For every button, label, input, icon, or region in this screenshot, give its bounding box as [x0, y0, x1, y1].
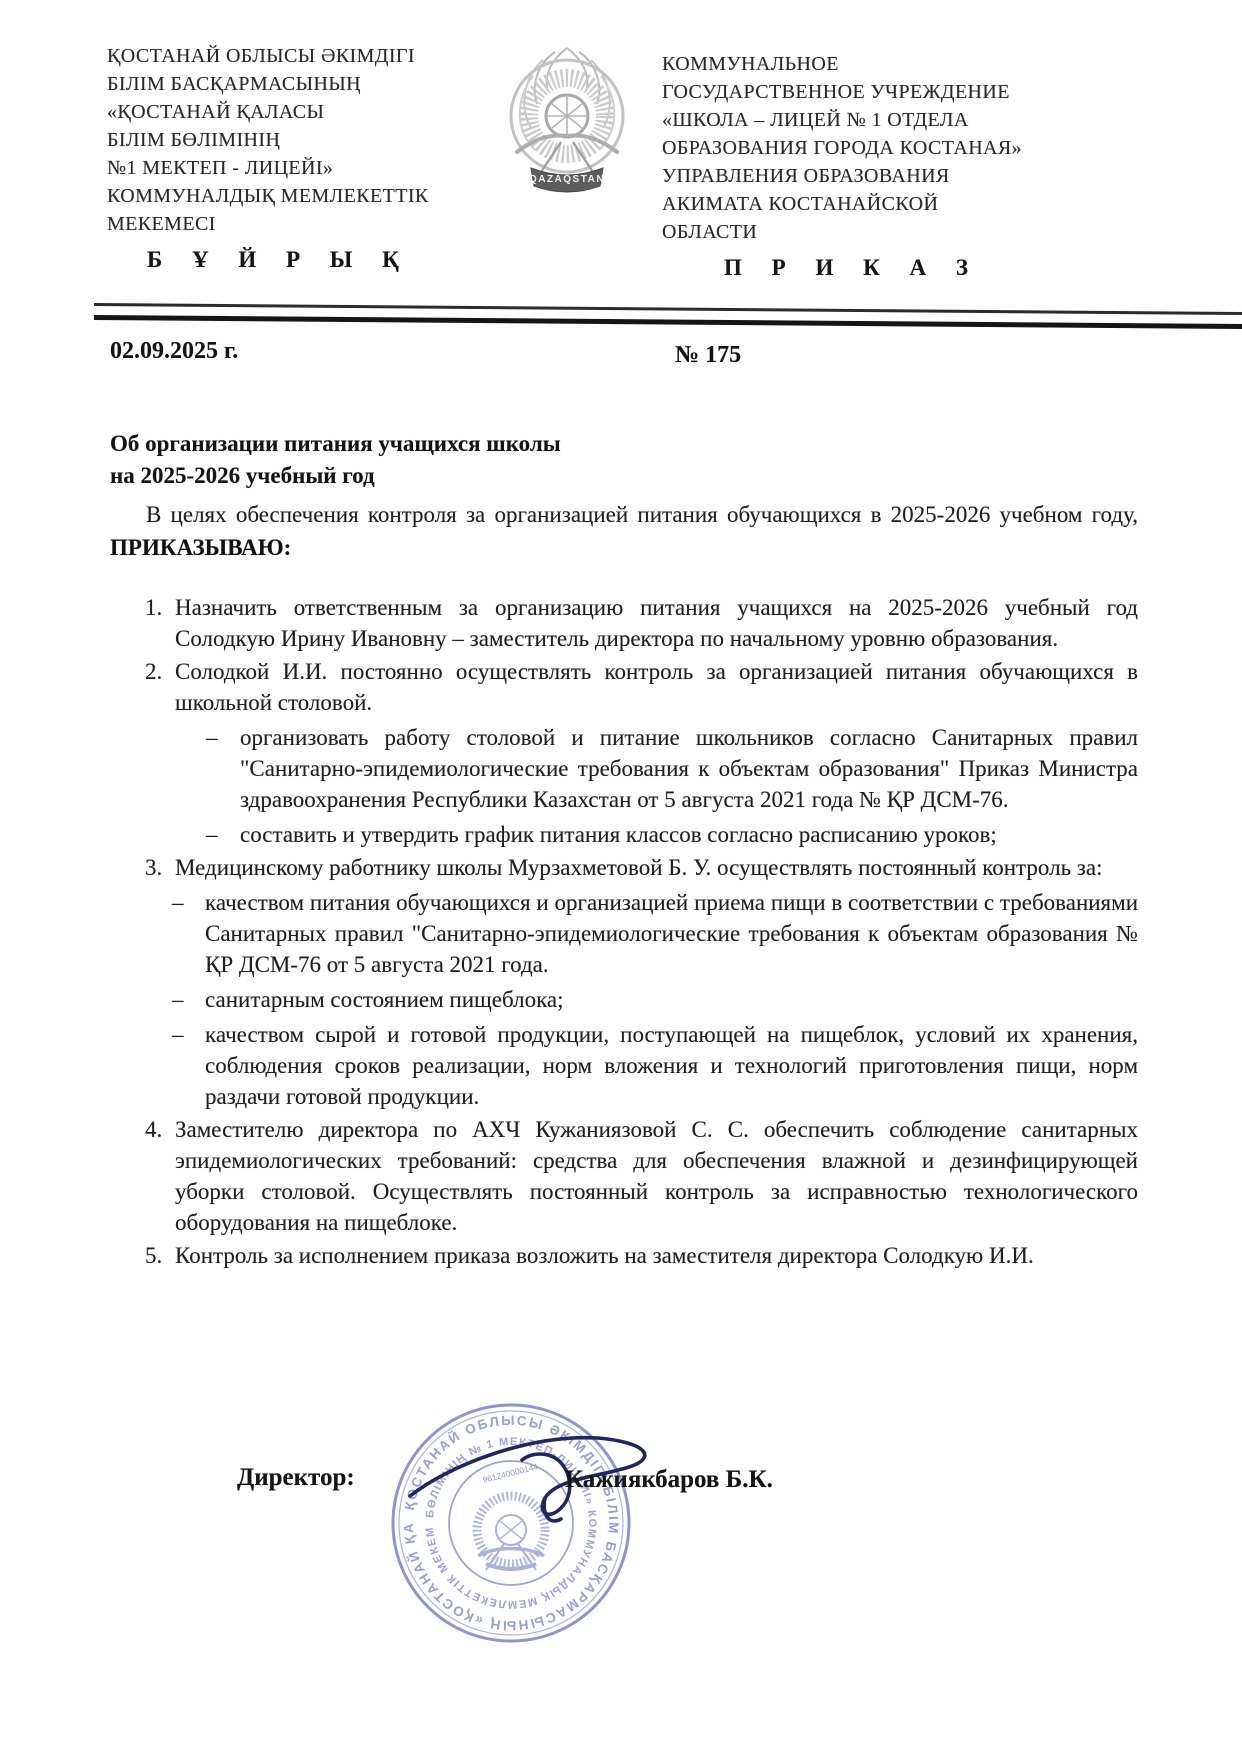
- item-text: Контроль за исполнением приказа возложит…: [175, 1243, 1034, 1268]
- list-item-2-sub-1: – организовать работу столовой и питание…: [110, 722, 1138, 815]
- list-item-1: 1. Назначить ответственным за организаци…: [110, 592, 1138, 654]
- order-date: 02.09.2025 г.: [110, 338, 238, 365]
- list-item-3-sub-3: – качеством сырой и готовой продукции, п…: [110, 1019, 1138, 1112]
- emblem-banner-text: QAZAQSTAN: [529, 174, 605, 185]
- list-item-2: 2. Солодкой И.И. постоянно осуществлять …: [110, 656, 1138, 718]
- intro-text: В целях обеспечения контроля за организа…: [146, 502, 1138, 527]
- list-item-3-sub-1: – качеством питания обучающихся и органи…: [110, 887, 1138, 980]
- scanned-order-document: ҚОСТАНАЙ ОБЛЫСЫ ӘКІМДІГІ БІЛІМ БАСҚАРМАС…: [0, 0, 1242, 1755]
- list-item-2-sub-2: – составить и утвердить график питания к…: [110, 819, 1138, 850]
- org-line: ОБЛАСТИ: [662, 218, 1102, 246]
- org-line: «ШКОЛА – ЛИЦЕЙ № 1 ОТДЕЛА: [662, 106, 1102, 134]
- org-line: №1 МЕКТЕП - ЛИЦЕЙІ»: [107, 154, 507, 182]
- doc-type-kazakh: Б Ұ Й Р Ы Қ: [107, 246, 507, 274]
- sub-item-text: качеством сырой и готовой продукции, пос…: [205, 1022, 1138, 1109]
- list-item-5: 5. Контроль за исполнением приказа возло…: [110, 1240, 1138, 1271]
- item-text: Солодкой И.И. постоянно осуществлять кон…: [175, 659, 1138, 715]
- item-number: 4.: [145, 1114, 162, 1145]
- sub-item-text: составить и утвердить график питания кла…: [240, 822, 997, 847]
- kazakhstan-emblem-icon: QAZAQSTAN: [487, 34, 647, 200]
- signature-label: Директор:: [237, 1464, 355, 1492]
- doc-type-russian: П Р И К А З: [662, 254, 1102, 282]
- signature-row: Директор: Кажиякбаров Б.К.: [110, 1464, 1138, 1504]
- order-title-line-2: на 2025-2026 учебный год: [110, 460, 1138, 492]
- intro-keyword: ПРИКАЗЫВАЮ:: [110, 535, 291, 560]
- org-line: УПРАВЛЕНИЯ ОБРАЗОВАНИЯ: [662, 162, 1102, 190]
- order-list: 1. Назначить ответственным за организаци…: [110, 592, 1138, 1271]
- signature-name: Кажиякбаров Б.К.: [565, 1466, 773, 1494]
- list-item-3-sub-2: – санитарным состоянием пищеблока;: [110, 984, 1138, 1015]
- order-intro: В целях обеспечения контроля за организа…: [110, 498, 1138, 564]
- dash-marker: –: [206, 722, 218, 753]
- order-title-line-1: Об организации питания учащихся школы: [110, 428, 1138, 460]
- item-number: 5.: [145, 1240, 162, 1271]
- org-line: АКИМАТА КОСТАНАЙСКОЙ: [662, 190, 1102, 218]
- org-line: БІЛІМ БАСҚАРМАСЫНЫҢ: [107, 70, 507, 98]
- order-body: Об организации питания учащихся школы на…: [110, 428, 1138, 1271]
- dash-marker: –: [206, 819, 218, 850]
- item-text: Медицинскому работнику школы Мурзахметов…: [175, 855, 1103, 880]
- item-text: Заместителю директора по АХЧ Кужаниязово…: [175, 1117, 1138, 1235]
- order-meta: 02.09.2025 г. № 175: [110, 338, 1140, 372]
- org-line: ОБРАЗОВАНИЯ ГОРОДА КОСТАНАЯ»: [662, 134, 1102, 162]
- item-number: 3.: [145, 852, 162, 883]
- org-line: ГОСУДАРСТВЕННОЕ УЧРЕЖДЕНИЕ: [662, 78, 1102, 106]
- list-item-3: 3. Медицинскому работнику школы Мурзахме…: [110, 852, 1138, 883]
- org-line: КОММУНАЛЬНОЕ: [662, 50, 1102, 78]
- org-line: МЕКЕМЕСІ: [107, 210, 507, 238]
- org-line: «ҚОСТАНАЙ ҚАЛАСЫ: [107, 98, 507, 126]
- org-line: КОММУНАЛДЫҚ МЕМЛЕКЕТТІК: [107, 182, 507, 210]
- dash-marker: –: [172, 1019, 184, 1050]
- dash-marker: –: [172, 887, 184, 918]
- item-text: Назначить ответственным за организацию п…: [175, 595, 1138, 651]
- sub-item-text: санитарным состоянием пищеблока;: [205, 987, 564, 1012]
- org-line: ҚОСТАНАЙ ОБЛЫСЫ ӘКІМДІГІ: [107, 42, 507, 70]
- sub-item-text: качеством питания обучающихся и организа…: [205, 890, 1138, 977]
- dash-marker: –: [172, 984, 184, 1015]
- order-number: № 175: [675, 342, 741, 369]
- item-number: 2.: [145, 656, 162, 687]
- org-name-kazakh: ҚОСТАНАЙ ОБЛЫСЫ ӘКІМДІГІ БІЛІМ БАСҚАРМАС…: [107, 42, 507, 274]
- list-item-4: 4. Заместителю директора по АХЧ Кужанияз…: [110, 1114, 1138, 1238]
- item-number: 1.: [145, 592, 162, 623]
- org-name-russian: КОММУНАЛЬНОЕ ГОСУДАРСТВЕННОЕ УЧРЕЖДЕНИЕ …: [662, 50, 1102, 282]
- header-divider: [94, 303, 1242, 329]
- org-line: БІЛІМ БӨЛІМІНІҢ: [107, 126, 507, 154]
- sub-item-text: организовать работу столовой и питание ш…: [240, 725, 1138, 812]
